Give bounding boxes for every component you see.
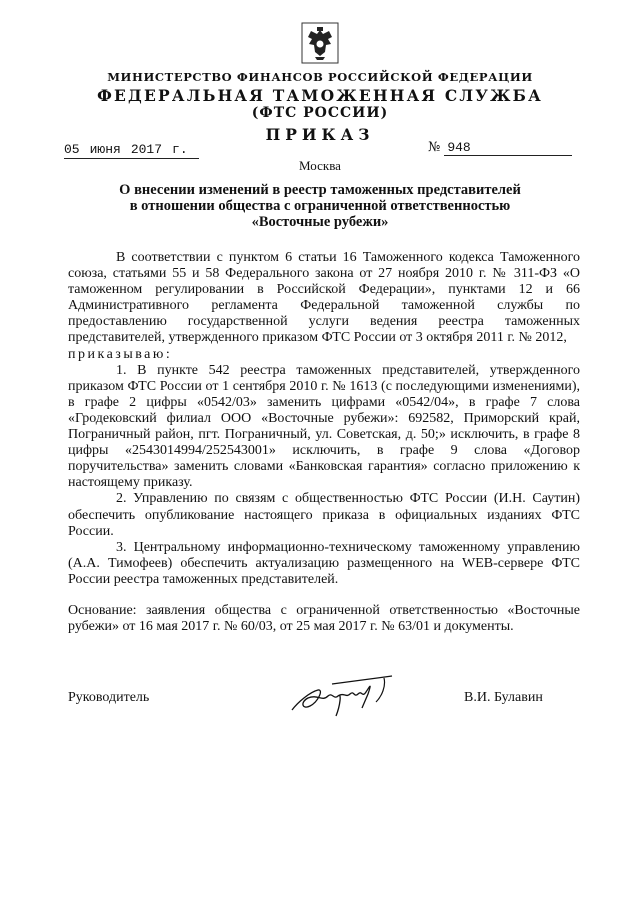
title-line: «Восточные рубежи» bbox=[80, 214, 560, 230]
ministry-name: МИНИСТЕРСТВО ФИНАНСОВ РОССИЙСКОЙ ФЕДЕРАЦ… bbox=[0, 70, 640, 84]
basis-paragraph: Основание: заявления общества с ограниче… bbox=[68, 603, 580, 635]
title-line: О внесении изменений в реестр таможенных… bbox=[80, 182, 560, 198]
document-body: В соответствии с пунктом 6 статьи 16 Там… bbox=[68, 250, 580, 588]
order-number: №948 bbox=[428, 140, 572, 156]
date-year: 2017 bbox=[131, 142, 162, 157]
date-suffix: г. bbox=[172, 142, 188, 157]
document-title: О внесении изменений в реестр таможенных… bbox=[80, 182, 560, 230]
city: Москва bbox=[0, 158, 640, 174]
signatory-name: В.И. Булавин bbox=[464, 690, 543, 706]
number-value: 948 bbox=[444, 140, 572, 156]
signatory-role: Руководитель bbox=[68, 690, 149, 706]
order-date: 05июня2017г. bbox=[64, 143, 199, 159]
service-short-name: (ФТС РОССИИ) bbox=[0, 105, 640, 121]
service-name: ФЕДЕРАЛЬНАЯ ТАМОЖЕННАЯ СЛУЖБА bbox=[0, 86, 640, 105]
coat-of-arms-icon bbox=[301, 22, 339, 64]
signature-icon bbox=[288, 672, 398, 720]
intro-paragraph: В соответствии с пунктом 6 статьи 16 Там… bbox=[68, 250, 580, 347]
order-word: приказываю: bbox=[68, 347, 580, 363]
title-line: в отношении общества с ограниченной отве… bbox=[80, 198, 560, 214]
order-item: 3. Центральному информационно-техническо… bbox=[68, 540, 580, 588]
order-item: 2. Управлению по связям с общественность… bbox=[68, 491, 580, 539]
date-day: 05 bbox=[64, 142, 80, 157]
number-label: № bbox=[428, 140, 440, 155]
date-month: июня bbox=[90, 142, 121, 157]
order-item: 1. В пункте 542 реестра таможенных предс… bbox=[68, 363, 580, 492]
